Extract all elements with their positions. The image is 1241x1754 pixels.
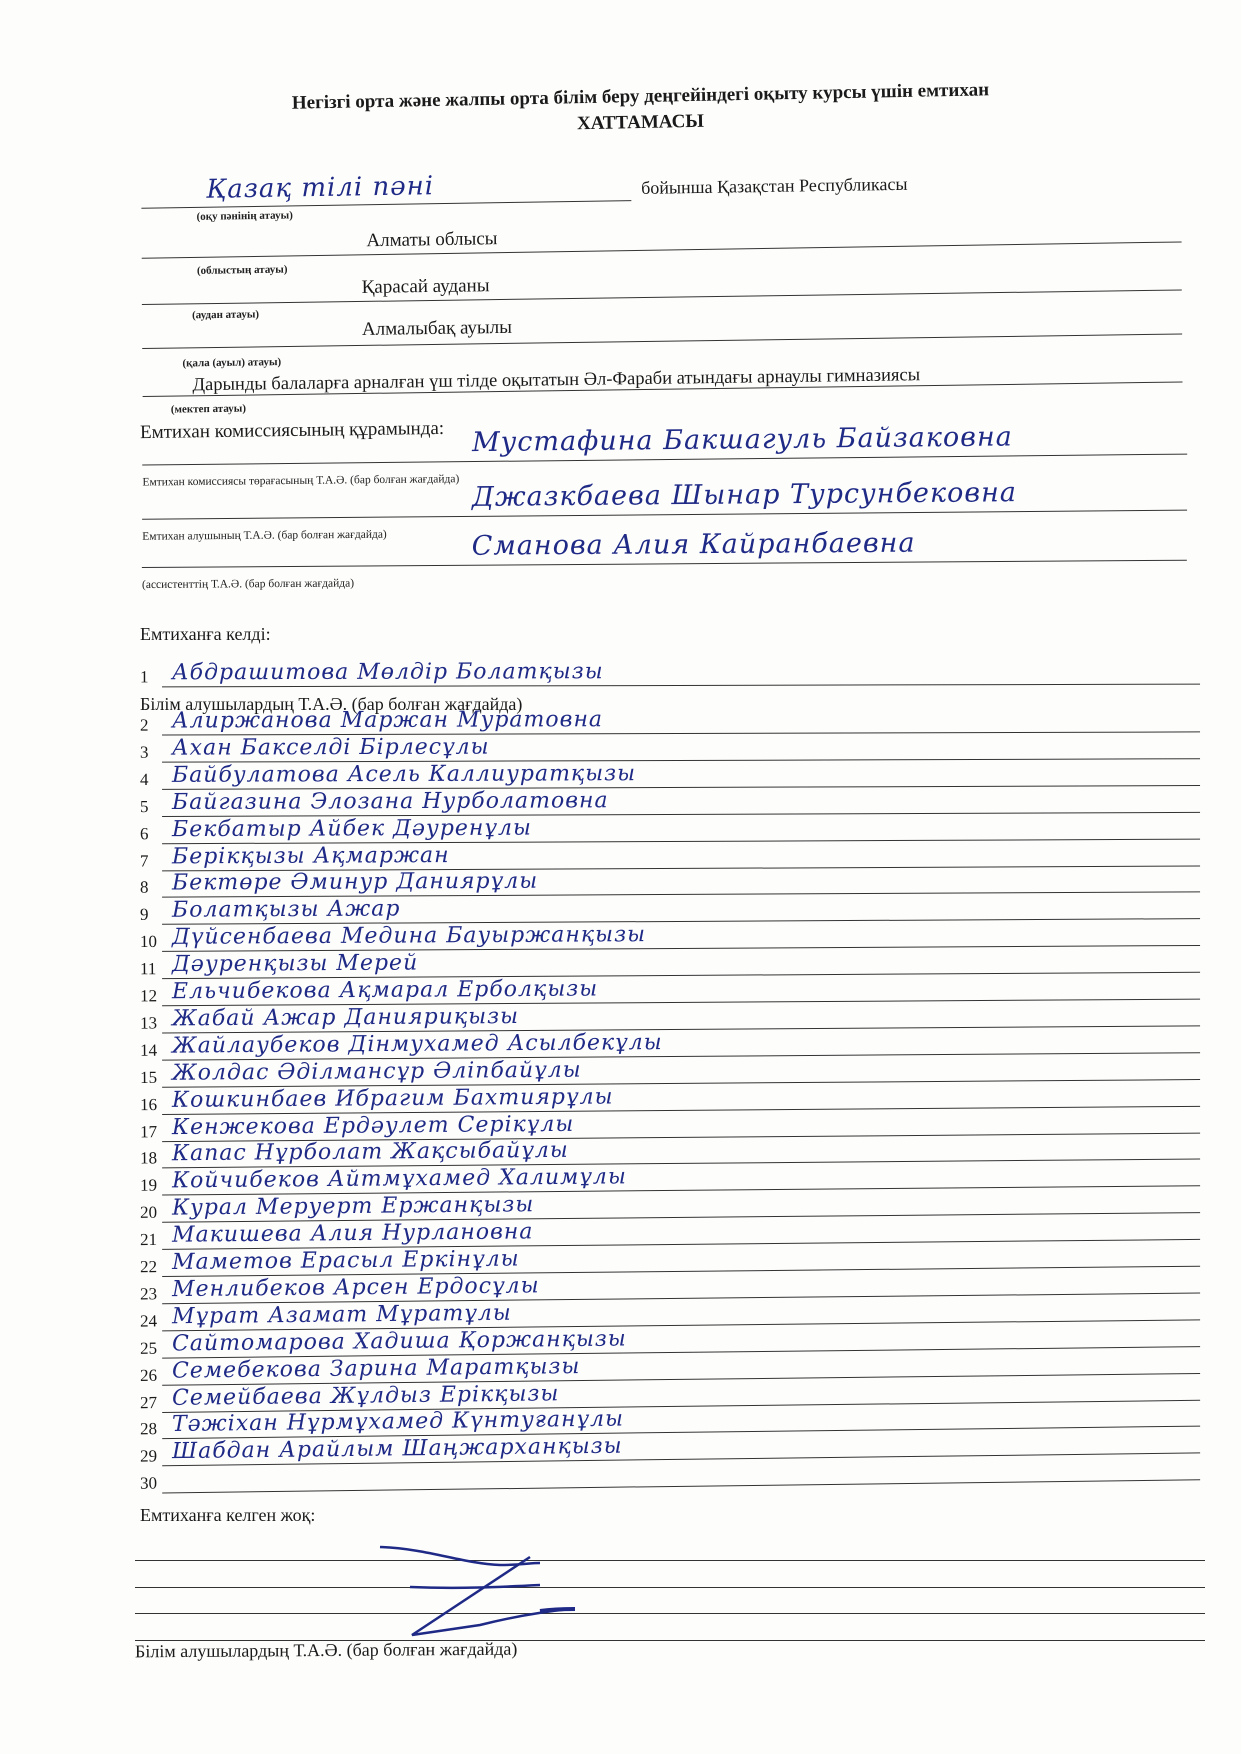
student-name: Семейбаева Жұлдыз Ерікқызы <box>172 1381 560 1411</box>
absent-line <box>135 1613 1205 1614</box>
student-number: 25 <box>140 1338 157 1358</box>
strikethrough-scribble-icon <box>370 1535 630 1645</box>
student-number: 4 <box>140 770 149 790</box>
student-number: 3 <box>140 743 149 763</box>
student-number: 2 <box>140 716 149 736</box>
student-name: Сайтомарова Хадиша Қоржанқызы <box>172 1326 627 1356</box>
absent-footer-label: Білім алушылардың Т.А.Ә. (бар болған жағ… <box>135 1639 518 1663</box>
student-name: Жолдас Әділмансұр Әліпбайұлы <box>172 1057 582 1085</box>
student-name: Дәуренқызы Мерей <box>172 951 418 978</box>
student-name: Жабай Ажар Данияриқызы <box>172 1004 519 1031</box>
student-name: Кенжекова Ердәулет Серікұлы <box>172 1111 574 1139</box>
student-number: 24 <box>140 1311 157 1331</box>
student-name: Менлибеков Арсен Ердосұлы <box>172 1273 540 1302</box>
student-name: Байгазина Элозана Нурболатовна <box>172 788 609 815</box>
student-name: Абдрашитова Мөлдір Болатқызы <box>172 659 604 685</box>
student-number: 14 <box>140 1040 157 1060</box>
student-number: 19 <box>140 1176 157 1196</box>
student-number: 12 <box>140 986 157 1006</box>
student-name: Байбулатова Асель Каллиуратқызы <box>172 761 636 788</box>
student-number: 10 <box>140 932 157 952</box>
assistant-name: Сманова Алия Кайранбаевна <box>472 528 916 562</box>
student-number: 23 <box>140 1284 157 1304</box>
student-number: 13 <box>140 1013 157 1033</box>
assistant-line <box>142 560 1187 568</box>
student-number: 28 <box>140 1420 157 1440</box>
student-number: 16 <box>140 1095 157 1115</box>
student-name: Курал Меруерт Ержанқызы <box>172 1192 534 1220</box>
student-name: Семебекова Зарина Маратқызы <box>172 1354 581 1384</box>
student-name: Мұрат Азамат Мұратұлы <box>172 1300 512 1329</box>
student-name: Бектөре Әминур Даниярұлы <box>172 869 538 896</box>
student-name: Маметов Ерасыл Еркінұлы <box>172 1246 520 1274</box>
exam-protocol-page: Негізгі орта және жалпы орта білім беру … <box>0 0 1241 1754</box>
student-name: Ахан Бакселді Бірлесұлы <box>172 734 490 760</box>
student-number: 11 <box>140 959 156 979</box>
student-name: Кошкинбаев Ибрагим Бахтиярұлы <box>172 1084 614 1112</box>
student-name: Койчибеков Айтмұхамед Халимұлы <box>172 1165 627 1194</box>
student-name: Алиржанова Маржан Муратовна <box>172 707 603 733</box>
student-name: Болатқызы Ажар <box>172 897 401 923</box>
student-number: 22 <box>140 1257 157 1277</box>
student-number: 7 <box>140 851 149 871</box>
student-name: Берікқызы Ақмаржан <box>172 843 450 869</box>
attended-heading: Емтиханға келді: <box>140 624 271 645</box>
student-name: Жайлаубеков Дінмухамед Асылбекұлы <box>172 1030 663 1059</box>
student-number: 26 <box>140 1365 157 1385</box>
assistant-field: Сманова Алия Кайранбаевна (ассистенттің … <box>0 0 1241 600</box>
student-number: 15 <box>140 1068 157 1088</box>
absent-line <box>135 1560 1205 1561</box>
student-row: 1Абдрашитова Мөлдір Болатқызы <box>140 657 1200 690</box>
student-name: Дүйсенбаева Медина Бауыржанқызы <box>172 922 646 950</box>
student-number: 18 <box>140 1149 157 1169</box>
absent-heading: Емтиханға келген жоқ: <box>140 1505 315 1526</box>
student-number: 9 <box>140 905 149 925</box>
student-number: 21 <box>140 1230 157 1250</box>
student-number: 17 <box>140 1122 157 1142</box>
student-number: 27 <box>140 1392 157 1412</box>
student-name: Бекбатыр Айбек Дәуренұлы <box>172 815 532 842</box>
student-name: Ельчибекова Ақмарал Ерболқызы <box>172 976 598 1004</box>
assistant-caption: (ассистенттің Т.А.Ә. (бар болған жағдайд… <box>142 578 354 591</box>
student-name: Капас Нұрболат Жақсыбайұлы <box>172 1138 569 1166</box>
student-number: 29 <box>140 1447 157 1467</box>
student-number: 20 <box>140 1203 157 1223</box>
student-number: 6 <box>140 824 149 844</box>
student-line <box>162 1479 1200 1493</box>
student-name: Макишева Алия Нурлановна <box>172 1219 534 1247</box>
student-number: 1 <box>140 667 149 687</box>
student-number: 30 <box>140 1474 157 1494</box>
student-number: 5 <box>140 797 149 817</box>
absent-line <box>135 1587 1205 1588</box>
student-number: 8 <box>140 878 149 898</box>
